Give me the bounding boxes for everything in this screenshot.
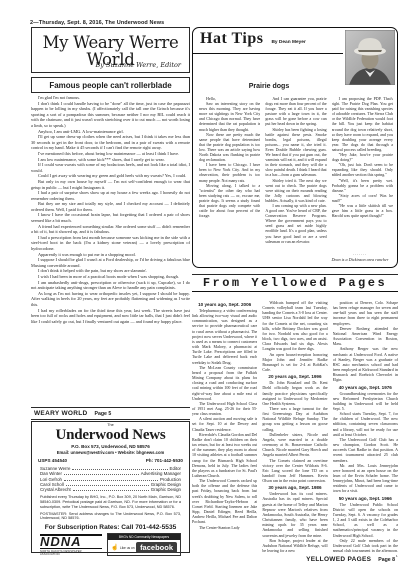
staff-role: Graphic Design	[151, 487, 181, 492]
dot-leader	[72, 469, 167, 470]
paragraph: Wildcats bumped off the visiting Comets …	[262, 300, 327, 352]
paragraph: School starts Tuesday, Sept. 7, for the …	[333, 411, 398, 437]
weary-jump-label: WEARY WORLD	[34, 410, 88, 417]
masthead-box: The Underwood News P.O. Box 573, Underwo…	[31, 421, 190, 553]
paragraph: A friend had experienced something simil…	[31, 224, 190, 235]
masthead-usps-phone-row: USPS 454540 Ph: 701-442-5530	[32, 458, 189, 463]
paragraph: I have been to Chicago. I have been to N…	[199, 162, 260, 182]
paragraph: Underwood has its coal miners. Australia…	[262, 491, 327, 537]
hat-tips-credit: ······· Dean is a Dickinson area rancher	[330, 253, 390, 262]
masthead-published-paragraph: Published every Thursday by BHG, Inc., P…	[40, 495, 181, 509]
paragraph: The Underwood Golf Club has a new champi…	[333, 437, 398, 463]
dot-leader	[64, 480, 158, 481]
masthead-address: P.O. Box 573, Underwood, ND 58576	[32, 444, 189, 449]
paragraph: An open house/reception honoring Major J…	[262, 352, 327, 373]
masthead-usps: USPS 454540	[38, 458, 67, 463]
paragraph: But only in my own house by myself — I'm…	[31, 179, 190, 190]
staff-name: Crystal Albrecht	[40, 487, 71, 492]
paragraph: Dullenbeler sisters, Nicole and Angela, …	[262, 432, 327, 458]
staff-row: Crystal AlbrechtGraphic Design	[40, 487, 181, 492]
weary-column-byline: By Suzanne Werre, Editor	[95, 61, 181, 69]
newspaper-page: 2—Thursday, Sept. 8, 2016, The Underwood…	[0, 0, 400, 567]
thumbs-up-icon: ☝	[111, 545, 118, 551]
like-us-text: Like us on	[120, 546, 135, 550]
paragraph: Riverdale's Claudia Gordon and Del Radke…	[192, 432, 257, 478]
weary-jump-page: Page 5	[95, 411, 112, 417]
years-ago-subhead: 20 years ago, Sept. 1996	[262, 374, 327, 379]
hat-tips-title: Hat Tips	[200, 30, 263, 47]
weary-headline: Famous people can't rollerblade	[31, 77, 190, 93]
paragraph: I don't think I could handle having to b…	[31, 101, 190, 129]
paragraph: A silent auction and moving sale is set …	[192, 416, 257, 431]
paragraph: "Well, it's been pretty wet. Probably go…	[332, 178, 393, 193]
facebook-widget: BHG's ND Community Newspapers ☝ Like us …	[107, 533, 181, 556]
facebook-widget-body: ☝ Like us on facebook	[108, 540, 180, 555]
paragraph: "Hey Jake, how're your prairie dogs doin…	[332, 152, 393, 162]
masthead-contact: Email: unnews@westriv.com • Website: bhg…	[32, 450, 189, 455]
ndna-logo: NDNA NORTH DAKOTA NEWSPAPER ASSOCIATION	[40, 534, 102, 556]
hat-tips-credit-text: Dean is a Dickinson area rancher	[330, 257, 390, 262]
paragraph: I had a prescription from last month bec…	[31, 235, 190, 252]
facebook-logo: facebook	[136, 542, 177, 553]
yellowed-pages-title: From Yellowed Pages	[192, 275, 398, 291]
like-us-label: ☝ Like us on	[111, 545, 135, 551]
paragraph: There was a large turnout for the first …	[262, 406, 327, 432]
masthead-phone: Ph: 701-442-5530	[146, 458, 183, 463]
yellowed-pages-title-rule: From Yellowed Pages	[192, 274, 398, 292]
masthead-title: Underwood News	[32, 428, 189, 442]
hat-tips-subhead: Prairie dogs	[199, 83, 339, 90]
years-ago-subhead: 50 years ago, Sept. 1966	[333, 496, 398, 501]
paragraph: Denver Rosberg attended the National Ame…	[333, 326, 398, 347]
hat-tips-column-1: Hello,Saw an interesting story on the ne…	[199, 96, 260, 263]
paragraph: The Comets claimed an overtime victory o…	[262, 458, 327, 484]
yellowed-jump-line: YELLOWED PAGES Page 8	[301, 554, 396, 564]
paragraph: I'll get up some dress-up clothes when t…	[31, 134, 190, 151]
weary-jump-line: WEARY WORLD Page 5	[31, 407, 190, 420]
paragraph: I am coming up with a new plan. A good o…	[265, 203, 326, 244]
paragraph: position at Denver, Colo. Schape has bee…	[333, 300, 398, 326]
paragraph: "He was a little skittish till we gave h…	[332, 203, 393, 218]
paragraph: The Underwood Comets racked up both the …	[192, 478, 257, 524]
paragraph: I wish I had been in more of a practical…	[31, 274, 190, 280]
paragraph: "Sixty acres of corn! Was he mad?"	[332, 193, 393, 203]
paragraph: Moving along, I talked to a "scientist" …	[199, 183, 260, 219]
yellowed-column-1: 10 years ago, Sept. 2006Telepharmacy, a …	[192, 300, 257, 565]
paragraph: The McLean County commission heard a pro…	[192, 365, 257, 401]
weary-article-body: I'm glad I'm not famous.I don't think I …	[31, 95, 190, 405]
paragraph: Telepharmacy, a video conferencing link …	[192, 308, 257, 365]
ndna-caption: NORTH DAKOTA NEWSPAPER ASSOCIATION	[40, 548, 102, 556]
ndna-acronym: NDNA	[40, 536, 102, 548]
hat-tips-column-3: I am proposing the PDP. That's right. Th…	[332, 96, 393, 263]
yellowed-column-3: position at Denver, Colo. Schape has bee…	[333, 300, 398, 565]
dot-leader	[66, 485, 149, 486]
paragraph: And I can guarantee you, prairie dogs ea…	[265, 96, 326, 127]
paragraph: I am proposing the PDP. That's right. Th…	[332, 96, 393, 152]
hat-tips-header-rule	[193, 53, 343, 54]
hat-tips-column-2: And I can guarantee you, prairie dogs ea…	[265, 96, 326, 263]
hat-tips-box: Hat Tips By Dean Meyer Prairie dogs Hell…	[192, 27, 398, 268]
years-ago-subhead: 40 years ago, Sept. 1976	[333, 385, 398, 390]
weary-column-header-box: My Weary Werre World By Suzanne Werre, E…	[31, 27, 190, 73]
subscription-rates-line: For Subscription Rates: Call 701-442-553…	[32, 524, 189, 531]
years-ago-subhead: 10 years ago, Sept. 2006	[192, 302, 257, 307]
hat-tips-header: Hat Tips By Dean Meyer	[200, 30, 306, 48]
paragraph: But they are my size and totally my styl…	[31, 201, 190, 212]
years-ago-subhead: 30 years ago, Sept. 1986	[262, 485, 327, 490]
masthead-logos-row: NDNA NORTH DAKOTA NEWSPAPER ASSOCIATION …	[40, 533, 181, 556]
paragraph: If I could wear sweats with some of my b…	[31, 162, 190, 173]
yellowed-pages-section: From Yellowed Pages 10 years ago, Sept. …	[192, 274, 398, 567]
paragraph: I am unabashedly anti-drugs, prescriptio…	[31, 280, 190, 291]
masthead-postmaster-paragraph: POSTMASTER: Send address changes to The …	[40, 512, 181, 521]
yellowed-jump-label: YELLOWED PAGES	[306, 556, 371, 563]
hat-tips-columns: Hello,Saw an interesting story on the ne…	[199, 96, 393, 263]
yellowed-jump-page: Page 8	[378, 557, 395, 563]
dot-leader	[73, 490, 149, 491]
paragraph: Mr. and Mrs. Louis Jenneyjohn were honor…	[333, 463, 398, 494]
hat-tips-byline: By Dean Meyer	[271, 40, 305, 45]
paragraph: I know I have the occasional brain lapse…	[31, 212, 190, 223]
yellowed-column-2: Wildcats bumped off the visiting Comets …	[262, 300, 327, 565]
dean-meyer-photo	[345, 30, 395, 85]
masthead-staff-list: Suzanne WerreEditorDan WinterAdvertising…	[40, 466, 181, 493]
paragraph: Shirley tried it. The next day we went o…	[265, 178, 326, 203]
paragraph: I suppose I should be glad I wasn't at a…	[31, 257, 190, 268]
paragraph: Saw an interesting story on the news thi…	[199, 101, 260, 132]
yellowed-pages-columns: 10 years ago, Sept. 2006Telepharmacy, a …	[192, 300, 398, 565]
paragraph: The Underwood High School Class of 1951 …	[192, 401, 257, 416]
paragraph: "Oh, just fair. Don't seem to be expandi…	[332, 162, 393, 177]
paragraph: The Center-Stanton Lady	[192, 525, 257, 530]
dot-leader	[64, 474, 139, 475]
paragraph: I had a pair of surprise shoes show up a…	[31, 190, 190, 201]
paragraph: As long as I'm not having to wear orthop…	[31, 291, 190, 308]
paragraph: The Underwood Public School District wil…	[333, 502, 398, 538]
paragraph: I've mentioned this before, about being …	[31, 151, 190, 157]
paragraph: Now these are pretty much the same peopl…	[199, 132, 260, 163]
paragraph: Anthony Berger was the new mechanic at U…	[333, 346, 398, 382]
paragraph: I had my rollerblades on for the third t…	[31, 308, 190, 325]
paragraph: Ron Schape, project leader at the Audubo…	[262, 538, 327, 553]
paragraph: Dr. John Bouslard and Dr. Kent Diehl off…	[262, 380, 327, 406]
page-folio: 2—Thursday, Sept. 8, 2016, The Underwood…	[30, 20, 164, 26]
paragraph: Shirley has been fighting a losing battl…	[265, 127, 326, 178]
paragraph: Groundbreaking ceremonies for the new Re…	[333, 391, 398, 412]
